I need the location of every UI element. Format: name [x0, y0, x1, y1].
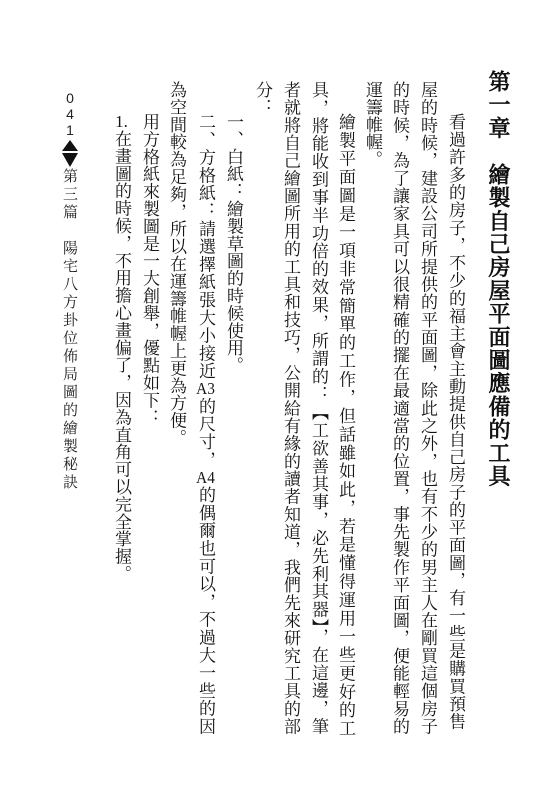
advantage-item-1: 1.在畫圖的時候，不用擔心畫偏了，因為直角可以完全掌握。: [110, 113, 132, 582]
advantage-text: 在畫圖的時候，不用擔心畫偏了，因為直角可以完全掌握。: [111, 130, 131, 582]
part-label: 第三篇: [61, 168, 79, 222]
grid-paper-advantages-intro: 用方格紙來製圖是一大創舉，優點如下：: [138, 113, 160, 426]
paper-size-a3: A3: [196, 380, 215, 397]
paragraph-2-line-1: 繪製平面圖是一項非常簡單的工作，但話雖如此，若是懂得運用一些更好的工: [334, 113, 356, 737]
chapter-title-text: 繪製自己房屋平面圖應備的工具: [485, 163, 510, 488]
paragraph-1-line-3: 的時候，為了讓家具可以很精確的擺在最適當的位置，事先製作平面圖，便能輕易的: [388, 81, 410, 735]
text-segment: 二、方格紙：請選擇紙張大小接近: [195, 113, 215, 380]
part-title: 陽宅八方卦位佈局圖的繪製秘訣: [61, 240, 79, 492]
paragraph-1-line-2: 屋的時候，建設公司所提供的平面圖，除此之外，也有不少的男主人在剛買這個房子: [416, 81, 438, 735]
advantage-number: 1.: [112, 113, 131, 130]
paragraph-2-line-2: 具，將能收到事半功倍的效果，所謂的：【工欲善其事，必先利其器】，在這邊，筆: [307, 81, 329, 735]
running-header-title: 第三篇陽宅八方卦位佈局圖的繪製秘訣: [62, 168, 78, 492]
book-page: 第一章繪製自己房屋平面圖應備的工具 看過許多的房子，不少的福主會主動提供自己房子…: [0, 0, 554, 809]
paragraph-2-line-3: 者就將自己繪圖所用的工具和技巧，公開給有緣的讀者知道，我們先來研究工具的部: [279, 81, 301, 735]
paragraph-1-line-4: 運籌帷幄。: [361, 81, 383, 168]
paragraph-2-line-4: 分：: [251, 81, 273, 116]
chapter-label: 第一章: [485, 70, 510, 140]
list-item-white-paper: 一、白紙：繪製草圖的時候使用。: [222, 113, 244, 374]
chapter-title: 第一章繪製自己房屋平面圖應備的工具: [484, 70, 510, 487]
list-item-grid-paper-line-1: 二、方格紙：請選擇紙張大小接近A3的尺寸，A4的偶爾也可以，不過大一些的因: [194, 113, 216, 735]
page-number: 041: [62, 90, 78, 138]
paragraph-1-line-1: 看過許多的房子，不少的福主會主動提供自己房子的平面圖，有一些是購買預售: [444, 113, 466, 730]
paper-size-a4: A4: [196, 469, 215, 486]
text-segment: 的偶爾也可以，不過大一些的因: [195, 486, 215, 735]
up-down-triangle-icon: [62, 139, 78, 168]
list-item-grid-paper-line-2: 為空間較為足夠，所以在運籌帷幄上更為方便。: [165, 81, 187, 446]
text-segment: 的尺寸，: [195, 397, 215, 468]
